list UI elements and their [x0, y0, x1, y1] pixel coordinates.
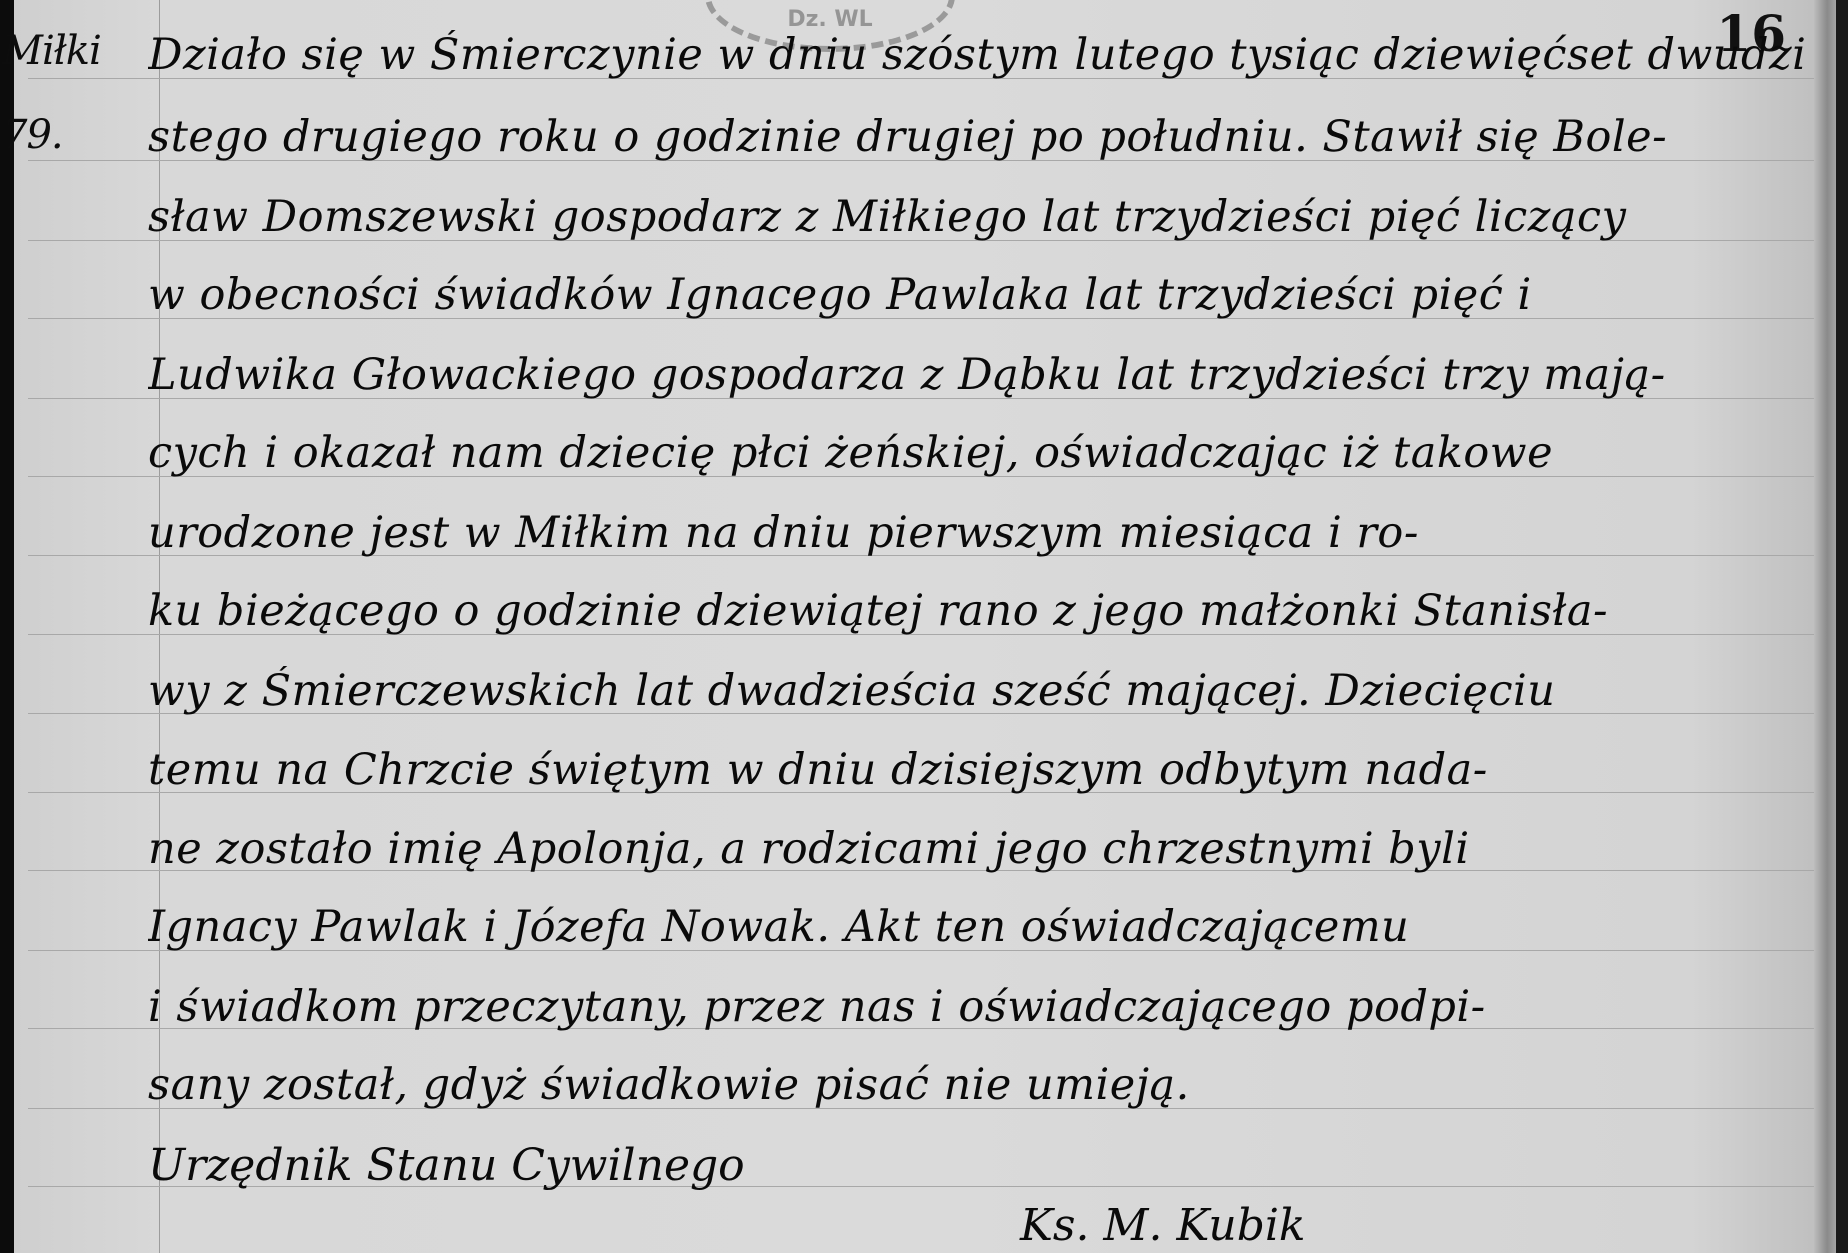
- record-line-11: ne zostało imię Apolonja, a rodzicami je…: [148, 824, 1808, 874]
- page-edge: [1814, 0, 1836, 1253]
- record-line-4: w obecności świadków Ignacego Pawlaka la…: [148, 270, 1808, 320]
- record-line-13: i świadkom przeczytany, przez nas i oświ…: [148, 982, 1808, 1032]
- registrar-signature: Ks. M. Kubik: [1020, 1200, 1306, 1251]
- registrar-title: Urzędnik Stanu Cywilnego: [148, 1140, 745, 1191]
- record-line-9: wy z Śmierczewskich lat dwadzieścia sześ…: [148, 666, 1808, 716]
- record-line-10: temu na Chrzcie świętym w dniu dzisiejsz…: [148, 745, 1808, 795]
- margin-village-name: Miłki: [2, 28, 101, 74]
- book-binding-edge: [0, 0, 14, 1253]
- record-line-2: stego drugiego roku o godzinie drugiej p…: [148, 112, 1808, 162]
- stamp-text: Dz. WL: [787, 7, 872, 32]
- margin-act-number: 79.: [2, 112, 63, 158]
- record-line-7: urodzone jest w Miłkim na dniu pierwszym…: [148, 508, 1808, 558]
- record-line-12: Ignacy Pawlak i Józefa Nowak. Akt ten oś…: [148, 902, 1808, 952]
- record-line-6: cych i okazał nam dziecię płci żeńskiej,…: [148, 428, 1808, 478]
- record-line-1: Działo się w Śmierczynie w dniu szóstym …: [148, 30, 1808, 80]
- record-line-3: sław Domszewski gospodarz z Miłkiego lat…: [148, 192, 1808, 242]
- record-line-14: sany został, gdyż świadkowie pisać nie u…: [148, 1060, 1808, 1110]
- record-line-5: Ludwika Głowackiego gospodarza z Dąbku l…: [148, 350, 1808, 400]
- record-line-8: ku bieżącego o godzinie dziewiątej rano …: [148, 586, 1808, 636]
